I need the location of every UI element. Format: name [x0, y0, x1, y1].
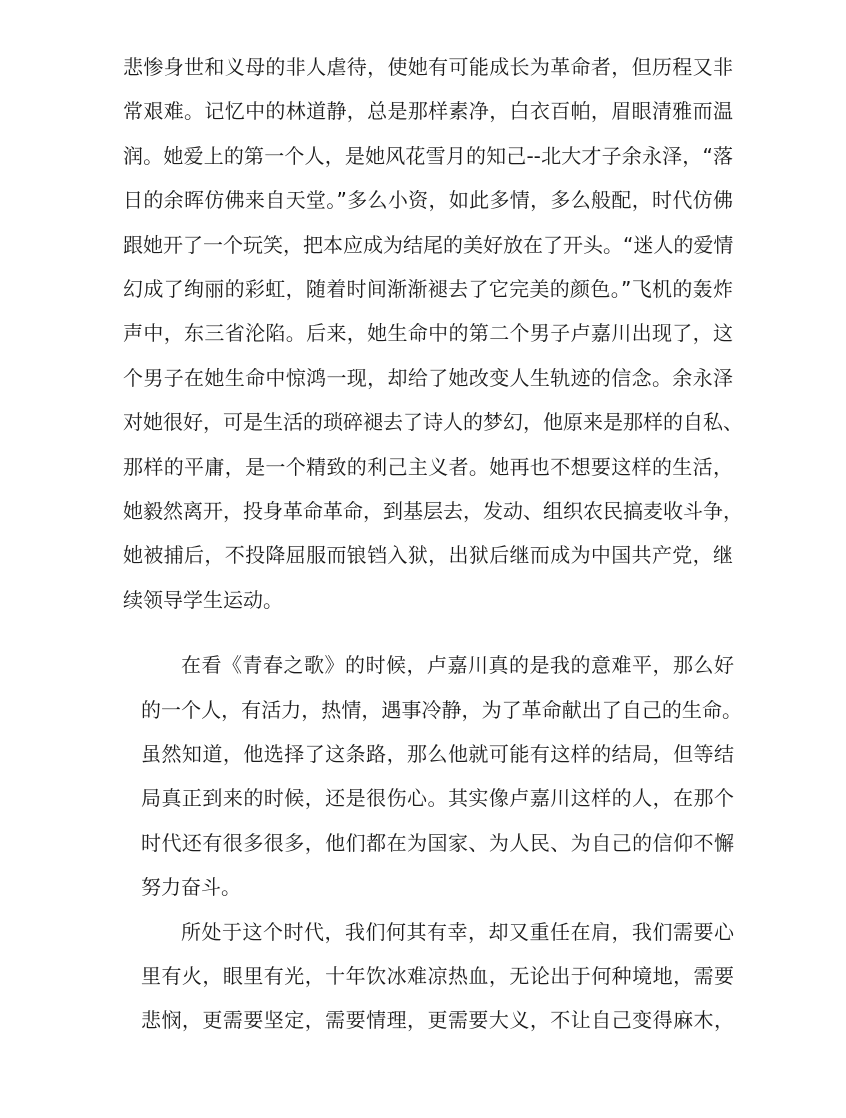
text-line: 局真正到来的时候，还是很伤心。其实像卢嘉川这样的人，在那个	[141, 783, 734, 813]
text-line: 她被捕后，不投降屈服而锒铛入狱，出狱后继而成为中国共产党，继	[123, 540, 733, 570]
text-line: 时代还有很多很多，他们都在为国家、为人民、为自己的信仰不懈	[141, 828, 734, 858]
text-line: 悲惨身世和义母的非人虐待，使她有可能成长为革命者，但历程又非	[123, 52, 733, 82]
text-line: 跟她开了一个玩笑，把本应成为结尾的美好放在了开头。“迷人的爱情	[123, 230, 733, 260]
text-line: 那样的平庸，是一个精致的利己主义者。她再也不想要这样的生活，	[123, 452, 733, 482]
text-line: 声中，东三省沦陷。后来，她生命中的第二个男子卢嘉川出现了，这	[123, 318, 733, 348]
text-line: 的一个人，有活力，热情，遇事冷静，为了革命献出了自己的生命。	[141, 695, 742, 725]
text-line: 幻成了绚丽的彩虹，随着时间渐渐褪去了它完美的颜色。”飞机的轰炸	[123, 274, 733, 304]
text-line: 常艰难。记忆中的林道静，总是那样素净，白衣百帕，眉眼清雅而温	[123, 96, 733, 126]
document-page: 悲惨身世和义母的非人虐待，使她有可能成长为革命者，但历程又非 常艰难。记忆中的林…	[0, 0, 846, 1118]
text-line: 个男子在她生命中惊鸿一现，却给了她改变人生轨迹的信念。余永泽	[123, 363, 733, 393]
text-line: 悲悯，更需要坚定，需要情理，更需要大义，不让自己变得麻木，	[141, 1005, 734, 1035]
text-line: 续领导学生运动。	[123, 585, 733, 615]
text-line: 虽然知道，他选择了这条路，那么他就可能有这样的结局，但等结	[141, 739, 734, 769]
text-line: 她毅然离开，投身革命革命，到基层去，发动、组织农民搞麦收斗争，	[123, 496, 741, 526]
text-line: 所处于这个时代，我们何其有幸，却又重任在肩，我们需要心	[181, 917, 734, 947]
text-line: 在看《青春之歌》的时候，卢嘉川真的是我的意难平，那么好	[181, 650, 734, 680]
text-line: 日的余晖仿佛来自天堂。”多么小资，如此多情，多么般配，时代仿佛	[123, 185, 733, 215]
text-line: 对她很好，可是生活的琐碎褪去了诗人的梦幻，他原来是那样的自私、	[123, 407, 741, 437]
text-line: 努力奋斗。	[141, 872, 734, 902]
text-line: 里有火，眼里有光，十年饮冰难凉热血，无论出于何种境地，需要	[141, 961, 734, 991]
text-line: 润。她爱上的第一个人，是她风花雪月的知己--北大才子余永泽，“落	[123, 141, 733, 171]
